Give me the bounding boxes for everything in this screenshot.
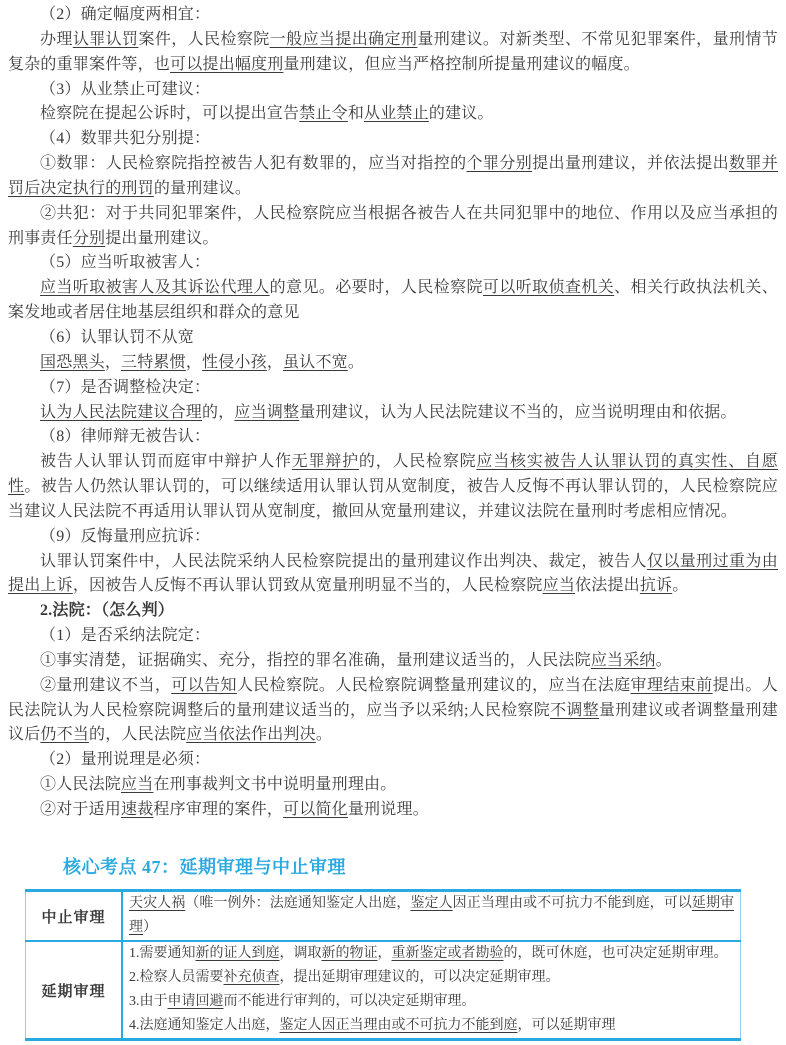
underlined-text: 从业禁止: [364, 105, 429, 122]
text-run: （7）是否调整检决定：: [40, 379, 210, 396]
underlined-text: 分别: [73, 230, 105, 247]
text-run: 量刑说理。: [348, 801, 429, 818]
text-run: ，可以延期审理: [518, 1018, 616, 1033]
review-table: 中止审理天灾人祸（唯一例外：法庭通知鉴定人出庭，鉴定人因正当理由或不可抗力不能到…: [25, 889, 741, 1041]
text-run: 因正当理由或不可抗力不能到庭，可以: [453, 896, 692, 911]
text-run: ）: [143, 920, 157, 935]
text-run: 。: [348, 354, 364, 371]
row-label: 中止审理: [26, 891, 123, 942]
paragraph: （6）认罪认罚不从宽: [8, 326, 778, 351]
underlined-text: 个罪分别: [467, 155, 533, 172]
paragraph: 国恐黑头，三特累惯，性侵小孩，虽认不宽。: [8, 351, 778, 376]
paragraph: 认罪认罚案件中，人民法院采纳人民检察院提出的量刑建议作出判决、裁定，被告人仅以量…: [8, 550, 778, 600]
text-run: 3.由于: [129, 994, 168, 1009]
text-run: 的量刑建议。: [154, 180, 251, 197]
text-run: 检察院在提起公诉时，可以提出宣告: [40, 105, 299, 122]
text-run: 提出量刑建议。: [105, 230, 218, 247]
underlined-text: 申请回避: [168, 994, 224, 1009]
text-run: 的建议。: [429, 105, 494, 122]
text-run: 而不能进行审判的，可以决定延期审理。: [224, 994, 476, 1009]
text-run: 。: [316, 726, 332, 743]
paragraph: （4）数罪共犯分别提：: [8, 127, 778, 152]
underlined-text: 性侵小孩: [202, 354, 267, 371]
table-row: 中止审理天灾人祸（唯一例外：法庭通知鉴定人出庭，鉴定人因正当理由或不可抗力不能到…: [26, 891, 741, 942]
underlined-text: 应当调整: [234, 404, 299, 421]
underlined-text: 国恐黑头: [40, 354, 105, 371]
underlined-text: 速裁: [121, 801, 153, 818]
row-label: 延期审理: [26, 941, 123, 1040]
document-body: （2）确定幅度两相宜：办理认罪认罚案件，人民检察院一般应当提出确定刑量刑建议。对…: [8, 0, 778, 826]
bold-paragraph: 2.法院：（怎么判）: [8, 599, 778, 624]
review-table-body: 中止审理天灾人祸（唯一例外：法庭通知鉴定人出庭，鉴定人因正当理由或不可抗力不能到…: [26, 891, 741, 1040]
underlined-text: 禁止令: [299, 105, 348, 122]
text-run: （2）确定幅度两相宜：: [40, 6, 210, 23]
underlined-text: 认罪认罚: [73, 31, 139, 48]
text-run: 。: [672, 577, 688, 594]
cell-line: 2.检察人员需要补充侦查，提出延期审理建议的，可以决定延期审理。: [129, 966, 734, 990]
text-run: ，提出延期审理建议的，可以决定延期审理。: [280, 970, 560, 985]
paragraph: 被告人认罪认罚而庭审中辩护人作无罪辩护的，人民检察院应当核实被告人认罪认罚的真实…: [8, 450, 778, 525]
underlined-text: 应当依法作出判决: [186, 726, 316, 743]
underlined-text: 应当: [121, 776, 153, 793]
underlined-text: 无罪辩护: [292, 453, 359, 470]
underlined-text: 可以告知: [171, 677, 237, 694]
text-run: 2.检察人员需要: [129, 970, 224, 985]
underlined-text: 可以提出幅度刑: [170, 56, 283, 73]
text-run: 的意见。必要时，人民检察院: [270, 279, 483, 296]
cell-line: 4.法庭通知鉴定人出庭，鉴定人因正当理由或不可抗力不能到庭，可以延期审理: [129, 1014, 734, 1038]
paragraph: ①人民法院应当在刑事裁判文书中说明量刑理由。: [8, 773, 778, 798]
cell-line: 天灾人祸（唯一例外：法庭通知鉴定人出庭，鉴定人因正当理由或不可抗力不能到庭，可以…: [129, 892, 734, 940]
paragraph: （2）确定幅度两相宜：: [8, 3, 778, 28]
paragraph: 认为人民法院建议合理的，应当调整量刑建议，认为人民法院建议不当的，应当说明理由和…: [8, 401, 778, 426]
paragraph: （3）从业禁止可建议：: [8, 78, 778, 103]
row-content: 1.需要通知新的证人到庭，调取新的物证，重新鉴定或者勘验的，既可休庭，也可决定延…: [122, 941, 741, 1040]
paragraph: （1）是否采纳法院定：: [8, 624, 778, 649]
cell-line: 1.需要通知新的证人到庭，调取新的物证，重新鉴定或者勘验的，既可休庭，也可决定延…: [129, 942, 734, 966]
table-row: 延期审理1.需要通知新的证人到庭，调取新的物证，重新鉴定或者勘验的，既可休庭，也…: [26, 941, 741, 1040]
text-run: （2）量刑说理是必须：: [40, 751, 210, 768]
underlined-text: 应当听取被害人及其诉讼代理人: [40, 279, 270, 296]
text-run: 的，人民法院: [89, 726, 186, 743]
paragraph: ②量刑建议不当，可以告知人民检察院。人民检察院调整量刑建议的，应当在法庭审理结束…: [8, 674, 778, 749]
text-run: （8）律师辩无被告认：: [40, 428, 210, 445]
paragraph: （5）应当听取被害人：: [8, 251, 778, 276]
text-run: 在刑事裁判文书中说明量刑理由。: [153, 776, 396, 793]
document-page: （2）确定幅度两相宜：办理认罪认罚案件，人民检察院一般应当提出确定刑量刑建议。对…: [0, 0, 786, 1045]
text-run: 被告人认罪认罚而庭审中辩护人作: [40, 453, 292, 470]
section-heading: 核心考点 47：延期审理与中止审理: [63, 854, 786, 880]
paragraph: 检察院在提起公诉时，可以提出宣告禁止令和从业禁止的建议。: [8, 102, 778, 127]
underlined-text: 鉴定人因正当理由或不可抗力不能到庭: [280, 1018, 518, 1033]
text-run: ②量刑建议不当，: [40, 677, 171, 694]
underlined-text: 新的物证: [322, 946, 378, 961]
text-run: 的，人民检察院: [359, 453, 477, 470]
underlined-text: 虽认不宽: [283, 354, 348, 371]
text-run: （4）数罪共犯分别提：: [40, 130, 210, 147]
text-run: ，: [267, 354, 283, 371]
row-content: 天灾人祸（唯一例外：法庭通知鉴定人出庭，鉴定人因正当理由或不可抗力不能到庭，可以…: [122, 891, 741, 942]
text-run: 人民检察院。人民检察院调整量刑建议的，应当在法庭: [237, 677, 631, 694]
paragraph: 办理认罪认罚案件，人民检察院一般应当提出确定刑量刑建议。对新类型、不常见犯罪案件…: [8, 28, 778, 78]
text-run: 案件，人民检察院: [138, 31, 269, 48]
paragraph: ②对于适用速裁程序审理的案件，可以简化量刑说理。: [8, 798, 778, 823]
underlined-text: 新的证人到庭: [196, 946, 280, 961]
text-run: 量刑建议，认为人民法院建议不当的，应当说明理由和依据。: [299, 404, 736, 421]
paragraph: ①事实清楚，证据确实、充分，指控的罪名准确，量刑建议适当的，人民法院应当采纳。: [8, 649, 778, 674]
paragraph: （8）律师辩无被告认：: [8, 425, 778, 450]
text-run: （5）应当听取被害人：: [40, 254, 210, 271]
underlined-text: 可以听取侦查机关: [483, 279, 614, 296]
paragraph: ②共犯：对于共同犯罪案件，人民检察院应当根据各被告人在共同犯罪中的地位、作用以及…: [8, 202, 778, 252]
text-run: ，: [186, 354, 202, 371]
paragraph: 应当听取被害人及其诉讼代理人的意见。必要时，人民检察院可以听取侦查机关、相关行政…: [8, 276, 778, 326]
text-run: 办理: [40, 31, 73, 48]
underlined-text: 补充侦查: [224, 970, 280, 985]
underlined-text: 应当: [543, 577, 575, 594]
text-run: 。被告人仍然认罪认罚的，可以继续适用认罪认罚从宽制度，被告人反悔不再认罪认罚的，…: [8, 478, 778, 520]
text-run: 的，既可休庭，也可决定延期审理。: [504, 946, 728, 961]
underlined-text: 应当采纳: [591, 652, 656, 669]
underlined-text: 重新鉴定或者勘验: [392, 946, 504, 961]
cell-line: 3.由于申请回避而不能进行审判的，可以决定延期审理。: [129, 990, 734, 1014]
text-run: （9）反悔量刑应抗诉：: [40, 528, 210, 545]
text-run: （3）从业禁止可建议：: [40, 81, 210, 98]
text-run: 量刑建议，但应当严格控制所提量刑建议的幅度。: [283, 56, 639, 73]
underlined-text: 可以简化: [283, 801, 348, 818]
underlined-text: 天灾人祸: [129, 896, 185, 911]
text-run: ，因被告人反悔不再认罪认罚致从宽量刑明显不当的，人民检察院: [73, 577, 543, 594]
underlined-text: 抗诉: [640, 577, 672, 594]
text-run: （6）认罪认罚不从宽: [40, 329, 194, 346]
text-run: ，: [105, 354, 121, 371]
text-run: 和: [348, 105, 364, 122]
underlined-text: 认为人民法院建议合理: [40, 404, 202, 421]
text-run: ①数罪：人民检察院指控被告人犯有数罪的，应当对指控的: [40, 155, 467, 172]
text-run: 1.需要通知: [129, 946, 196, 961]
text-run: 认罪认罚案件中，人民法院采纳人民检察院提出的量刑建议作出判决、裁定，被告人: [40, 553, 647, 570]
paragraph: （7）是否调整检决定：: [8, 376, 778, 401]
text-run: （1）是否采纳法院定：: [40, 627, 210, 644]
text-run: 的，: [202, 404, 234, 421]
text-run: 提出量刑建议，并依法提出: [532, 155, 729, 172]
underlined-text: 不调整: [550, 702, 599, 719]
text-run: 程序审理的案件，: [153, 801, 283, 818]
text-run: ，: [378, 946, 392, 961]
underlined-text: 一般应当提出确定刑: [270, 31, 418, 48]
text-run: ②对于适用: [40, 801, 121, 818]
text-run: ①事实清楚，证据确实、充分，指控的罪名准确，量刑建议适当的，人民法院: [40, 652, 591, 669]
paragraph: （9）反悔量刑应抗诉：: [8, 525, 778, 550]
text-run: ①人民法院: [40, 776, 121, 793]
underlined-text: 仍不当: [40, 726, 89, 743]
paragraph: （2）量刑说理是必须：: [8, 748, 778, 773]
text-run: 依法提出: [575, 577, 640, 594]
text-run: 4.法庭通知鉴定人出庭，: [129, 1018, 280, 1033]
underlined-text: 鉴定人: [410, 896, 452, 911]
underlined-text: 三特累惯: [121, 354, 186, 371]
text-run: 2.法院：（怎么判）: [40, 602, 174, 619]
text-run: （唯一例外：法庭通知鉴定人出庭，: [185, 896, 410, 911]
underlined-text: 审理结束前: [631, 677, 713, 694]
text-run: ，调取: [280, 946, 322, 961]
text-run: 。: [656, 652, 672, 669]
paragraph: ①数罪：人民检察院指控被告人犯有数罪的，应当对指控的个罪分别提出量刑建议，并依法…: [8, 152, 778, 202]
